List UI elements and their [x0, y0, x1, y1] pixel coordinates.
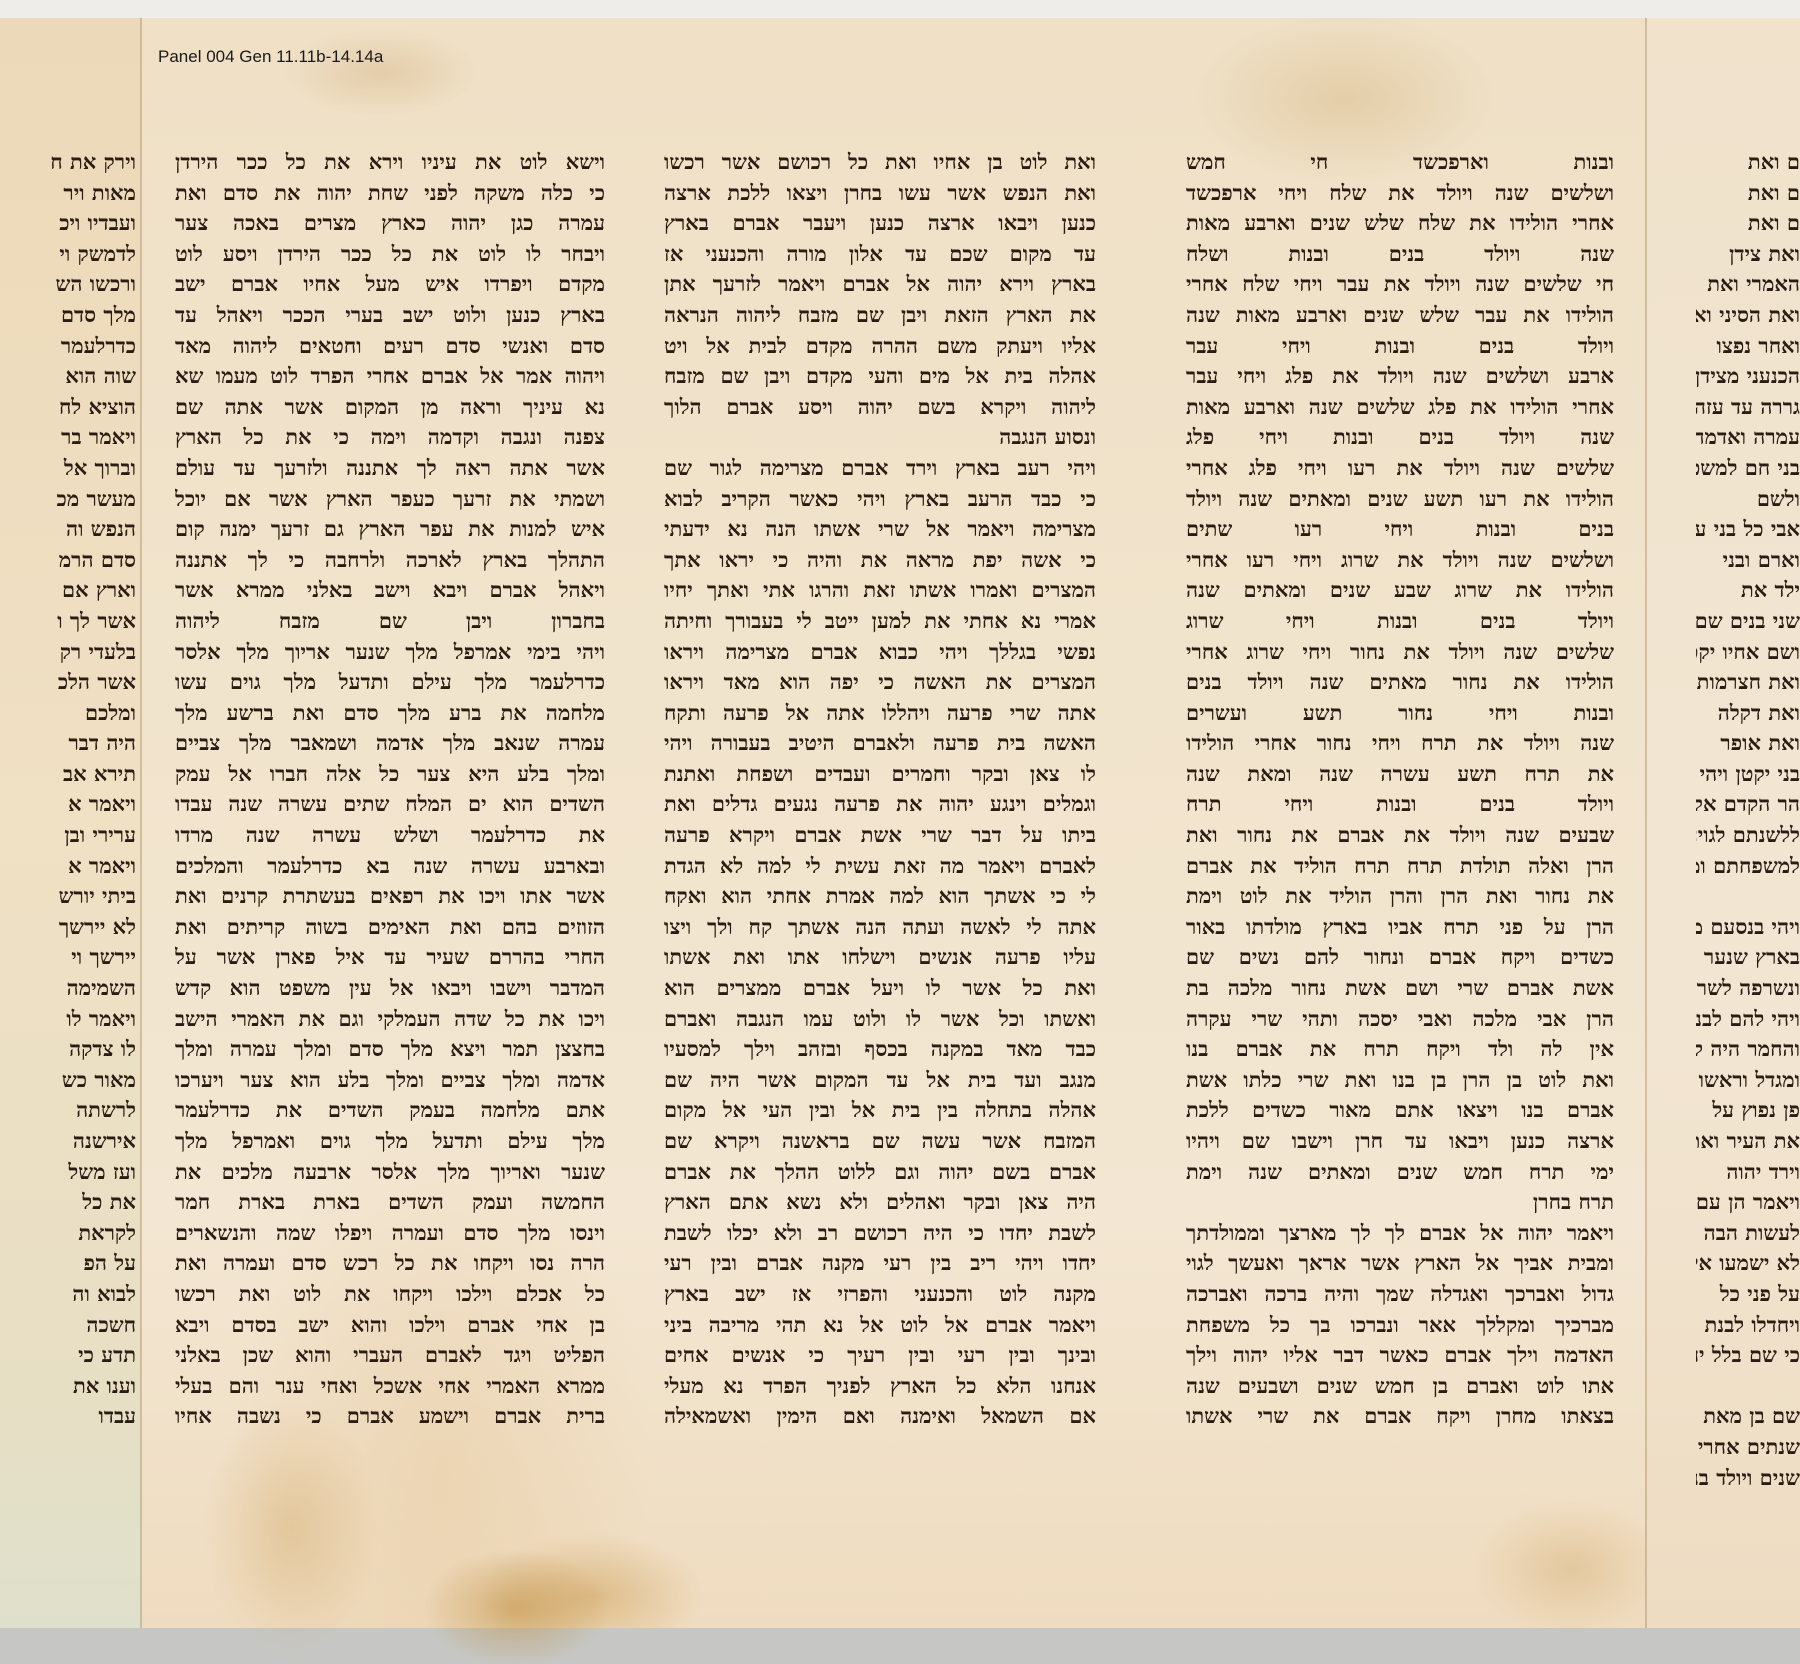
text-line: חי שלשים שנה ויולד את עבר ויחי שלח אחרי — [1186, 269, 1614, 300]
text-line: ויהי בנסעם מקדם — [1696, 912, 1800, 943]
text-line: הנפש וה — [0, 514, 136, 545]
text-line: הר הקדם אלה — [1696, 789, 1800, 820]
text-line: ם ואת — [1696, 208, 1800, 239]
text-line: לרשתה — [0, 1095, 136, 1126]
text-line: אתו לוט ואברם בן חמש שנים ושבעים שנה — [1186, 1371, 1614, 1402]
text-line: האשה בית פרעה ולאברם היטיב בעבורה ויהי — [664, 728, 1096, 759]
text-line: לא יירשך — [0, 912, 136, 943]
text-line: והחמר היה להם לחמר — [1696, 1034, 1800, 1065]
text-line: ם ואת — [1696, 178, 1800, 209]
text-line: הכנעני מצידן — [1696, 361, 1800, 392]
text-line: וארם ובני — [1696, 545, 1800, 576]
stain — [201, 1398, 381, 1658]
text-line: בני יקטן ויהי — [1696, 759, 1800, 790]
text-line: ושלשים שנה ויולד את שרוג ויחי רעו אחרי — [1186, 545, 1614, 576]
text-line: ולשם — [1696, 484, 1800, 515]
text-line: תדע כי — [0, 1340, 136, 1371]
text-column-partial-right: ם ואתם ואתם ואתואת צידןהאמרי ואתואת הסינ… — [1696, 147, 1800, 1493]
text-line: ושמתי את זרעך כעפר הארץ אשר אם יוכל — [175, 484, 605, 515]
text-line: אשר הלכ — [0, 667, 136, 698]
text-line: יחדו ויהי ריב בין רעי מקנה אברם ובין רעי — [664, 1248, 1096, 1279]
text-line: ואת אופר — [1696, 728, 1800, 759]
text-line: בני חם למשפחתם — [1696, 453, 1800, 484]
text-line: ימי תרח חמש שנים ומאתים שנה וימת — [1186, 1157, 1614, 1188]
text-line — [1696, 881, 1800, 912]
stain — [421, 1548, 611, 1664]
text-line: איש למנות את עפר הארץ גם זרעך ימנה קום — [175, 514, 605, 545]
text-line: מאור כש — [0, 1065, 136, 1096]
text-line: לא ישמעו איש — [1696, 1248, 1800, 1279]
text-line: היה צאן ובקר ואהלים ולא נשא אתם הארץ — [664, 1187, 1096, 1218]
text-line: המזבח אשר עשה שם בראשנה ויקרא שם — [664, 1126, 1096, 1157]
text-line: ממרא האמרי אחי אשכל ואחי ענר והם בעלי — [175, 1371, 605, 1402]
text-line: ואת הנפש אשר עשו בחרן ויצאו ללכת ארצה — [664, 178, 1096, 209]
text-line: לי כי אשתך הוא למה אמרת אחתי הוא ואקח — [664, 881, 1096, 912]
text-line: את תרח תשע עשרה שנה ומאת שנה — [1186, 759, 1614, 790]
text-line: ורכשו הש — [0, 269, 136, 300]
text-line: נא עיניך וראה מן המקום אשר אתה שם — [175, 392, 605, 423]
text-line: כנען ויבאו ארצה כנען ויעבר אברם בארץ — [664, 208, 1096, 239]
text-line: אתם מלחמה בעמק השדים את כדרלעמר — [175, 1095, 605, 1126]
text-line: אתה שרי פרעה ויהללו אתה אל פרעה ותקח — [664, 698, 1096, 729]
text-line: לו צדקה — [0, 1034, 136, 1065]
text-line: ואת חצרמות — [1696, 667, 1800, 698]
text-line: ויהי להם לבנים — [1696, 1004, 1800, 1035]
text-line: שנער ואריוך מלך אלסר ארבעה מלכים את — [175, 1157, 605, 1188]
text-line: ואחר נפצו — [1696, 331, 1800, 362]
text-line: האמרי ואת — [1696, 269, 1800, 300]
text-line: הולידו את שרוג שבע שנים ומאתים שנה — [1186, 575, 1614, 606]
text-line: בארץ וירא יהוה אל אברם ויאמר לזרעך אתן — [664, 269, 1096, 300]
text-line: צפנה ונגבה וקדמה וימה כי את כל הארץ — [175, 422, 605, 453]
text-line: לעשות הבה — [1696, 1218, 1800, 1249]
text-line: ליהוה ויקרא בשם יהוה ויסע אברם הלוך — [664, 392, 1096, 423]
sheet-seam-left — [140, 18, 142, 1628]
text-line: ויהוה אמר אל אברם אחרי הפרד לוט מעמו שא — [175, 361, 605, 392]
text-line: תרח בחרן — [1186, 1187, 1614, 1218]
text-line: ויולד בנים ובנות ויחי תרח — [1186, 789, 1614, 820]
text-line: לבוא וה — [0, 1279, 136, 1310]
text-line: כי כלה משקה לפני שחת יהוה את סדם ואת — [175, 178, 605, 209]
text-line: ושלשים שנה ויולד את שלח ויחי ארפכשד — [1186, 178, 1614, 209]
text-line: שנה ויולד בנים ובנות ושלח — [1186, 239, 1614, 270]
text-line: אם השמאל ואימנה ואם הימין ואשמאילה — [664, 1401, 1096, 1432]
text-line: ויאמר א — [0, 851, 136, 882]
text-line: השדים הוא ים המלח שתים עשרה שנה עבדו — [175, 789, 605, 820]
text-line: הולידו את עבר שלש שנים וארבע מאות שנה — [1186, 300, 1614, 331]
text-line: ארבע ושלשים שנה ויולד את פלג ויחי עבר — [1186, 361, 1614, 392]
text-line: מלחמה את ברע מלך סדם ואת ברשע מלך — [175, 698, 605, 729]
text-line: תירא אב — [0, 759, 136, 790]
text-line: ובנות וארפכשד חי חמש — [1186, 147, 1614, 178]
text-line: שלשים שנה ויולד את נחור ויחי שרוג אחרי — [1186, 637, 1614, 668]
text-line: וירד יהוה — [1696, 1157, 1800, 1188]
text-line: וינסו מלך סדם ועמרה ויפלו שמה והנשארים — [175, 1218, 605, 1249]
text-line: המצרים ואמרו אשתו זאת והרגו אתי ואתך יחי… — [664, 575, 1096, 606]
text-line: עבדו — [0, 1401, 136, 1432]
text-line: שוה הוא — [0, 361, 136, 392]
text-line: אהלה בתחלה בין בית אל ובין העי אל מקום — [664, 1095, 1096, 1126]
text-line: סדם הרמ — [0, 545, 136, 576]
text-line: אבי כל בני עבר אחי יפת הגדול — [1696, 514, 1800, 545]
text-column-1: וישא לוט את עיניו וירא את כל ככר הירדןכי… — [175, 147, 605, 1432]
text-line: אמרי נא אחתי את למען ייטב לי בעבורך וחית… — [664, 606, 1096, 637]
text-line: ונשרפה לשרפה ויהי להם הלבנה לאבן — [1696, 973, 1800, 1004]
text-line: הפליט ויגד לאברם העברי והוא שכן באלני — [175, 1340, 605, 1371]
text-line: את הארץ הזאת ויבן שם מזבח ליהוה הנראה — [664, 300, 1096, 331]
text-line: בנים ובנות ויחי רעו שתים — [1186, 514, 1614, 545]
text-line: את כדרלעמר ושלש עשרה שנה מרדו — [175, 820, 605, 851]
text-line: ויכו את כל שדה העמלקי וגם את האמרי הישב — [175, 1004, 605, 1035]
text-line: ויאמר יהוה אל אברם לך לך מארצך וממולדתך — [1186, 1218, 1614, 1249]
text-line: ועבדיו ויכ — [0, 208, 136, 239]
text-line: וירק את ח — [0, 147, 136, 178]
text-line: כדרלעמר — [0, 331, 136, 362]
text-line: כי אשה יפת מראה את והיה כי יראו אתך — [664, 545, 1096, 576]
text-line: שבעים שנה ויולד את אברם את נחור ואת — [1186, 820, 1614, 851]
text-line: וישא לוט את עיניו וירא את כל ככר הירדן — [175, 147, 605, 178]
stain — [1471, 1498, 1671, 1638]
text-line: לשבת יחדו כי היה רכושם רב ולא יכלו לשבת — [664, 1218, 1096, 1249]
text-line: עמרה כגן יהוה כארץ מצרים באכה צער — [175, 208, 605, 239]
text-line — [1696, 1371, 1800, 1402]
text-line: השמימה — [0, 973, 136, 1004]
panel-caption: Panel 004 Gen 11.11b-14.14a — [158, 47, 383, 67]
text-line: גדול ואברכך ואגדלה שמך והיה ברכה ואברכה — [1186, 1279, 1614, 1310]
text-line: בחברון ויבן שם מזבח ליהוה — [175, 606, 605, 637]
text-line: המצרים את האשה כי יפה הוא מאד ויראו — [664, 667, 1096, 698]
text-line: מלך סדם — [0, 300, 136, 331]
text-line: ומלך בלע היא צער כל אלה חברו אל עמק — [175, 759, 605, 790]
text-line: אירשנה — [0, 1126, 136, 1157]
text-line: יירשך וי — [0, 942, 136, 973]
text-line: אליו ויעתק משם ההרה מקדם לבית אל ויט — [664, 331, 1096, 362]
text-line: נפשי בגללך ויהי כבוא אברם מצרימה ויראו — [664, 637, 1096, 668]
text-line: גררה עד עזה — [1696, 392, 1800, 423]
text-line: אנחנו הלא כל הארץ לפניך הפרד נא מעלי — [664, 1371, 1096, 1402]
text-line: האדמה וילך אברם כאשר דבר אליו יהוה וילך — [1186, 1340, 1614, 1371]
text-line: ומבית אביך אל הארץ אשר אראך ואעשך לגוי — [1186, 1248, 1614, 1279]
text-line: ובנות ויחי נחור תשע ועשרים — [1186, 698, 1614, 729]
text-line: פן נפוץ על — [1696, 1095, 1800, 1126]
text-line: ושם אחיו יקטן — [1696, 637, 1800, 668]
text-line: ועז משל — [0, 1157, 136, 1188]
text-line: את נחור ואת הרן והרן הוליד את לוט וימת — [1186, 881, 1614, 912]
text-line: ואת צידן — [1696, 239, 1800, 270]
text-line: היה דבר — [0, 728, 136, 759]
text-line: לאברם ויאמר מה זאת עשית לי למה לא הגדת — [664, 851, 1096, 882]
text-line: הרה נסו ויקחו את כל רכש סדם ועמרה ואת — [175, 1248, 605, 1279]
text-line: שנתים אחרי — [1696, 1432, 1800, 1463]
text-line: הזוזים בהם ואת האימים בשוה קריתים ואת — [175, 912, 605, 943]
text-line: מעשר מכ — [0, 484, 136, 515]
text-line: לו צאן ובקר וחמרים ועבדים ושפחת ואתנת — [664, 759, 1096, 790]
text-line: לדמשק וי — [0, 239, 136, 270]
text-line: ויולד בנים ובנות ויחי עבר — [1186, 331, 1614, 362]
text-line: סדם ואנשי סדם רעים וחטאים ליהוה מאד — [175, 331, 605, 362]
text-line: אהלה בית אל מים והעי מקדם ויבן שם מזבח — [664, 361, 1096, 392]
text-line: בחצצן תמר ויצא מלך סדם ומלך עמרה ומלך — [175, 1034, 605, 1065]
text-line: על הפ — [0, 1248, 136, 1279]
text-line: ובינך ובין רעי ובין רעיך כי אנשים אחים — [664, 1340, 1096, 1371]
text-line: מברכיך ומקללך אאר ונברכו בך כל משפחת — [1186, 1310, 1614, 1341]
text-line: בלעדי רק — [0, 637, 136, 668]
text-line: אתה לי לאשה ועתה הנה אשתך קח ולך ויצו — [664, 912, 1096, 943]
text-line: ארצה כנען ויבאו עד חרן וישבו שם ויהיו — [1186, 1126, 1614, 1157]
text-line: שנה ויולד בנים ובנות ויחי פלג — [1186, 422, 1614, 453]
text-line: בארץ שנער וישבו — [1696, 942, 1800, 973]
text-line: מאות ויר — [0, 178, 136, 209]
text-line: ואת כל אשר לו ויעל אברם ממצרים הוא — [664, 973, 1096, 1004]
text-line: כשדים ויקח אברם ונחור להם נשים שם — [1186, 942, 1614, 973]
text-line: כדרלעמר מלך עילם ותדעל מלך גוים עשו — [175, 667, 605, 698]
text-line: ויבחר לו לוט את כל ככר הירדן ויסע לוט — [175, 239, 605, 270]
text-line: אברם בשם יהוה וגם ללוט ההלך את אברם — [664, 1157, 1096, 1188]
text-line: ויהי בימי אמרפל מלך שנער אריוך מלך אלסר — [175, 637, 605, 668]
text-line: ויאמר לו — [0, 1004, 136, 1035]
text-line: ואת הסיני ואת — [1696, 300, 1800, 331]
text-line: כי כבד הרעב בארץ ויהי כאשר הקריב לבוא — [664, 484, 1096, 515]
text-line: ואת לוט בן הרן בן בנו ואת שרי כלתו אשת — [1186, 1065, 1614, 1096]
text-line: המדבר וישבו ויבאו אל עין משפט הוא קדש — [175, 973, 605, 1004]
text-line: כבד מאד במקנה בכסף ובזהב וילך למסעיו — [664, 1034, 1096, 1065]
text-line: הולידו את רעו תשע שנים ומאתים שנה ויולד — [1186, 484, 1614, 515]
text-line: ואת דקלה — [1696, 698, 1800, 729]
text-line: כל אכלם וילכו ויקחו את לוט ואת רכשו — [175, 1279, 605, 1310]
text-line: ויהי רעב בארץ וירד אברם מצרימה לגור שם — [664, 453, 1096, 484]
text-line: שני בנים שם — [1696, 606, 1800, 637]
text-column-partial-left: וירק את חמאות וירועבדיו ויכלדמשק ויורכשו… — [0, 147, 136, 1432]
text-line: ברית אברם וישמע אברם כי נשבה אחיו — [175, 1401, 605, 1432]
text-line: התהלך בארץ לארכה ולרחבה כי לך אתננה — [175, 545, 605, 576]
text-line: מקדם ויפרדו איש מעל אחיו אברם ישב — [175, 269, 605, 300]
text-line: ילד את — [1696, 575, 1800, 606]
text-line: כי שם בלל יהוה שפת כל הארץ ומשם — [1696, 1340, 1800, 1371]
text-line: אדמה ומלך צביים ומלך בלע הוא צער ויערכו — [175, 1065, 605, 1096]
text-line: ביתו על דבר שרי אשת אברם ויקרא פרעה — [664, 820, 1096, 851]
text-line: בן אחי אברם וילכו והוא ישב בסדם ויבא — [175, 1310, 605, 1341]
text-line: מקנה לוט והכנעני והפרזי אז ישב בארץ — [664, 1279, 1096, 1310]
text-line: בצאתו מחרן ויקח אברם את שרי אשתו — [1186, 1401, 1614, 1432]
text-line: את העיר ואת — [1696, 1126, 1800, 1157]
text-line: ויחדלו לבנת העיר — [1696, 1310, 1800, 1341]
text-line: ם ואת — [1696, 147, 1800, 178]
text-line: עד מקום שכם עד אלון מורה והכנעני אז — [664, 239, 1096, 270]
text-line: ומלכם — [0, 698, 136, 729]
text-line: וארץ אם — [0, 575, 136, 606]
text-line: שלשים שנה ויולד את רעו ויחי פלג אחרי — [1186, 453, 1614, 484]
text-line: ומגדל וראשו בשמים ונעשה לנו שם — [1696, 1065, 1800, 1096]
text-line: ונסוע הנגבה — [664, 422, 1096, 453]
text-line: מנגב ועד בית אל עד המקום אשר היה שם — [664, 1065, 1096, 1096]
text-line: מלך עילם ותדעל מלך גוים ואמרפל מלך — [175, 1126, 605, 1157]
text-line: החמשה ועמק השדים בארת בארת חמר — [175, 1187, 605, 1218]
text-line: למשפחתם ומאלה — [1696, 851, 1800, 882]
text-line: אשת אברם שרי ושם אשת נחור מלכה בת — [1186, 973, 1614, 1004]
text-line: הרן על פני תרח אביו בארץ מולדתו באור — [1186, 912, 1614, 943]
text-line: אחרי הולידו את פלג שלשים שנה וארבע מאות — [1186, 392, 1614, 423]
text-line: וענו את — [0, 1371, 136, 1402]
text-line: עמרה ואדמה — [1696, 422, 1800, 453]
text-line: וברוך אל — [0, 453, 136, 484]
text-line: ובארבע עשרה שנה בא כדרלעמר והמלכים — [175, 851, 605, 882]
text-line: אחרי הולידו את שלח שלש שנים וארבע מאות — [1186, 208, 1614, 239]
text-line: החרי בהררם שעיר עד איל פארן אשר על — [175, 942, 605, 973]
text-line: מצרימה ויאמר אל שרי אשתו הנה נא ידעתי — [664, 514, 1096, 545]
stain — [281, 28, 481, 118]
text-column-2: ואת לוט בן אחיו ואת כל רכושם אשר רכשוואת… — [664, 147, 1096, 1432]
text-line: ויאמר בר — [0, 422, 136, 453]
text-line: הרן ואלה תולדת תרח תרח הוליד את אברם — [1186, 851, 1614, 882]
text-line: ויאמר הן עם אחד ושפה אחת לכלם לעשות — [1696, 1187, 1800, 1218]
text-line: אברם בנו ויצאו אתם מאור כשדים ללכת — [1186, 1095, 1614, 1126]
text-line: ביתי יורש — [0, 881, 136, 912]
text-line: וגמלים וינגע יהוה את פרעה נגעים גדלים וא… — [664, 789, 1096, 820]
text-column-3: ובנות וארפכשד חי חמשושלשים שנה ויולד את … — [1186, 147, 1614, 1432]
text-line: חשכה — [0, 1310, 136, 1341]
text-line: בארץ כנען ולוט ישב בערי הככר ויאהל עד — [175, 300, 605, 331]
text-line: אשר אתו ויכו את רפאים בעשתרת קרנים ואת — [175, 881, 605, 912]
text-line: ויאהל אברם ויבא וישב באלני ממרא אשר — [175, 575, 605, 606]
text-line: ואשתו וכל אשר לו ולוט עמו הנגבה ואברם — [664, 1004, 1096, 1035]
text-line: עליו פרעה אנשים וישלחו אתו ואת אשתו — [664, 942, 1096, 973]
text-line: ויולד בנים ובנות ויחי שרוג — [1186, 606, 1614, 637]
sheet-seam-right — [1645, 18, 1647, 1628]
text-line: שנים ויולד בנים — [1696, 1463, 1800, 1494]
text-line: את כל — [0, 1187, 136, 1218]
text-line: עמרה שנאב מלך אדמה ושמאבר מלך צביים — [175, 728, 605, 759]
text-line: ויאמר אברם אל לוט אל נא תהי מריבה ביני — [664, 1310, 1096, 1341]
text-line: הרן אבי מלכה ואבי יסכה ותהי שרי עקרה — [1186, 1004, 1614, 1035]
text-line: לקראת — [0, 1218, 136, 1249]
text-line: הוציא לח — [0, 392, 136, 423]
text-line: שם בן מאת שנה ויולד את — [1696, 1401, 1800, 1432]
text-line: אשר אתה ראה לך אתננה ולזרעך עד עולם — [175, 453, 605, 484]
text-line: אין לה ולד ויקח תרח את אברם בנו — [1186, 1034, 1614, 1065]
text-line: שנה ויולד את תרח ויחי נחור אחרי הולידו — [1186, 728, 1614, 759]
text-line: ואת לוט בן אחיו ואת כל רכושם אשר רכשו — [664, 147, 1096, 178]
text-line: ללשנתם לגויהם — [1696, 820, 1800, 851]
text-line: אשר לך ו — [0, 606, 136, 637]
text-line: ויאמר א — [0, 789, 136, 820]
text-line: על פני כל — [1696, 1279, 1800, 1310]
text-line: הולידו את נחור מאתים שנה ויולד בנים — [1186, 667, 1614, 698]
text-line: ערירי ובן — [0, 820, 136, 851]
